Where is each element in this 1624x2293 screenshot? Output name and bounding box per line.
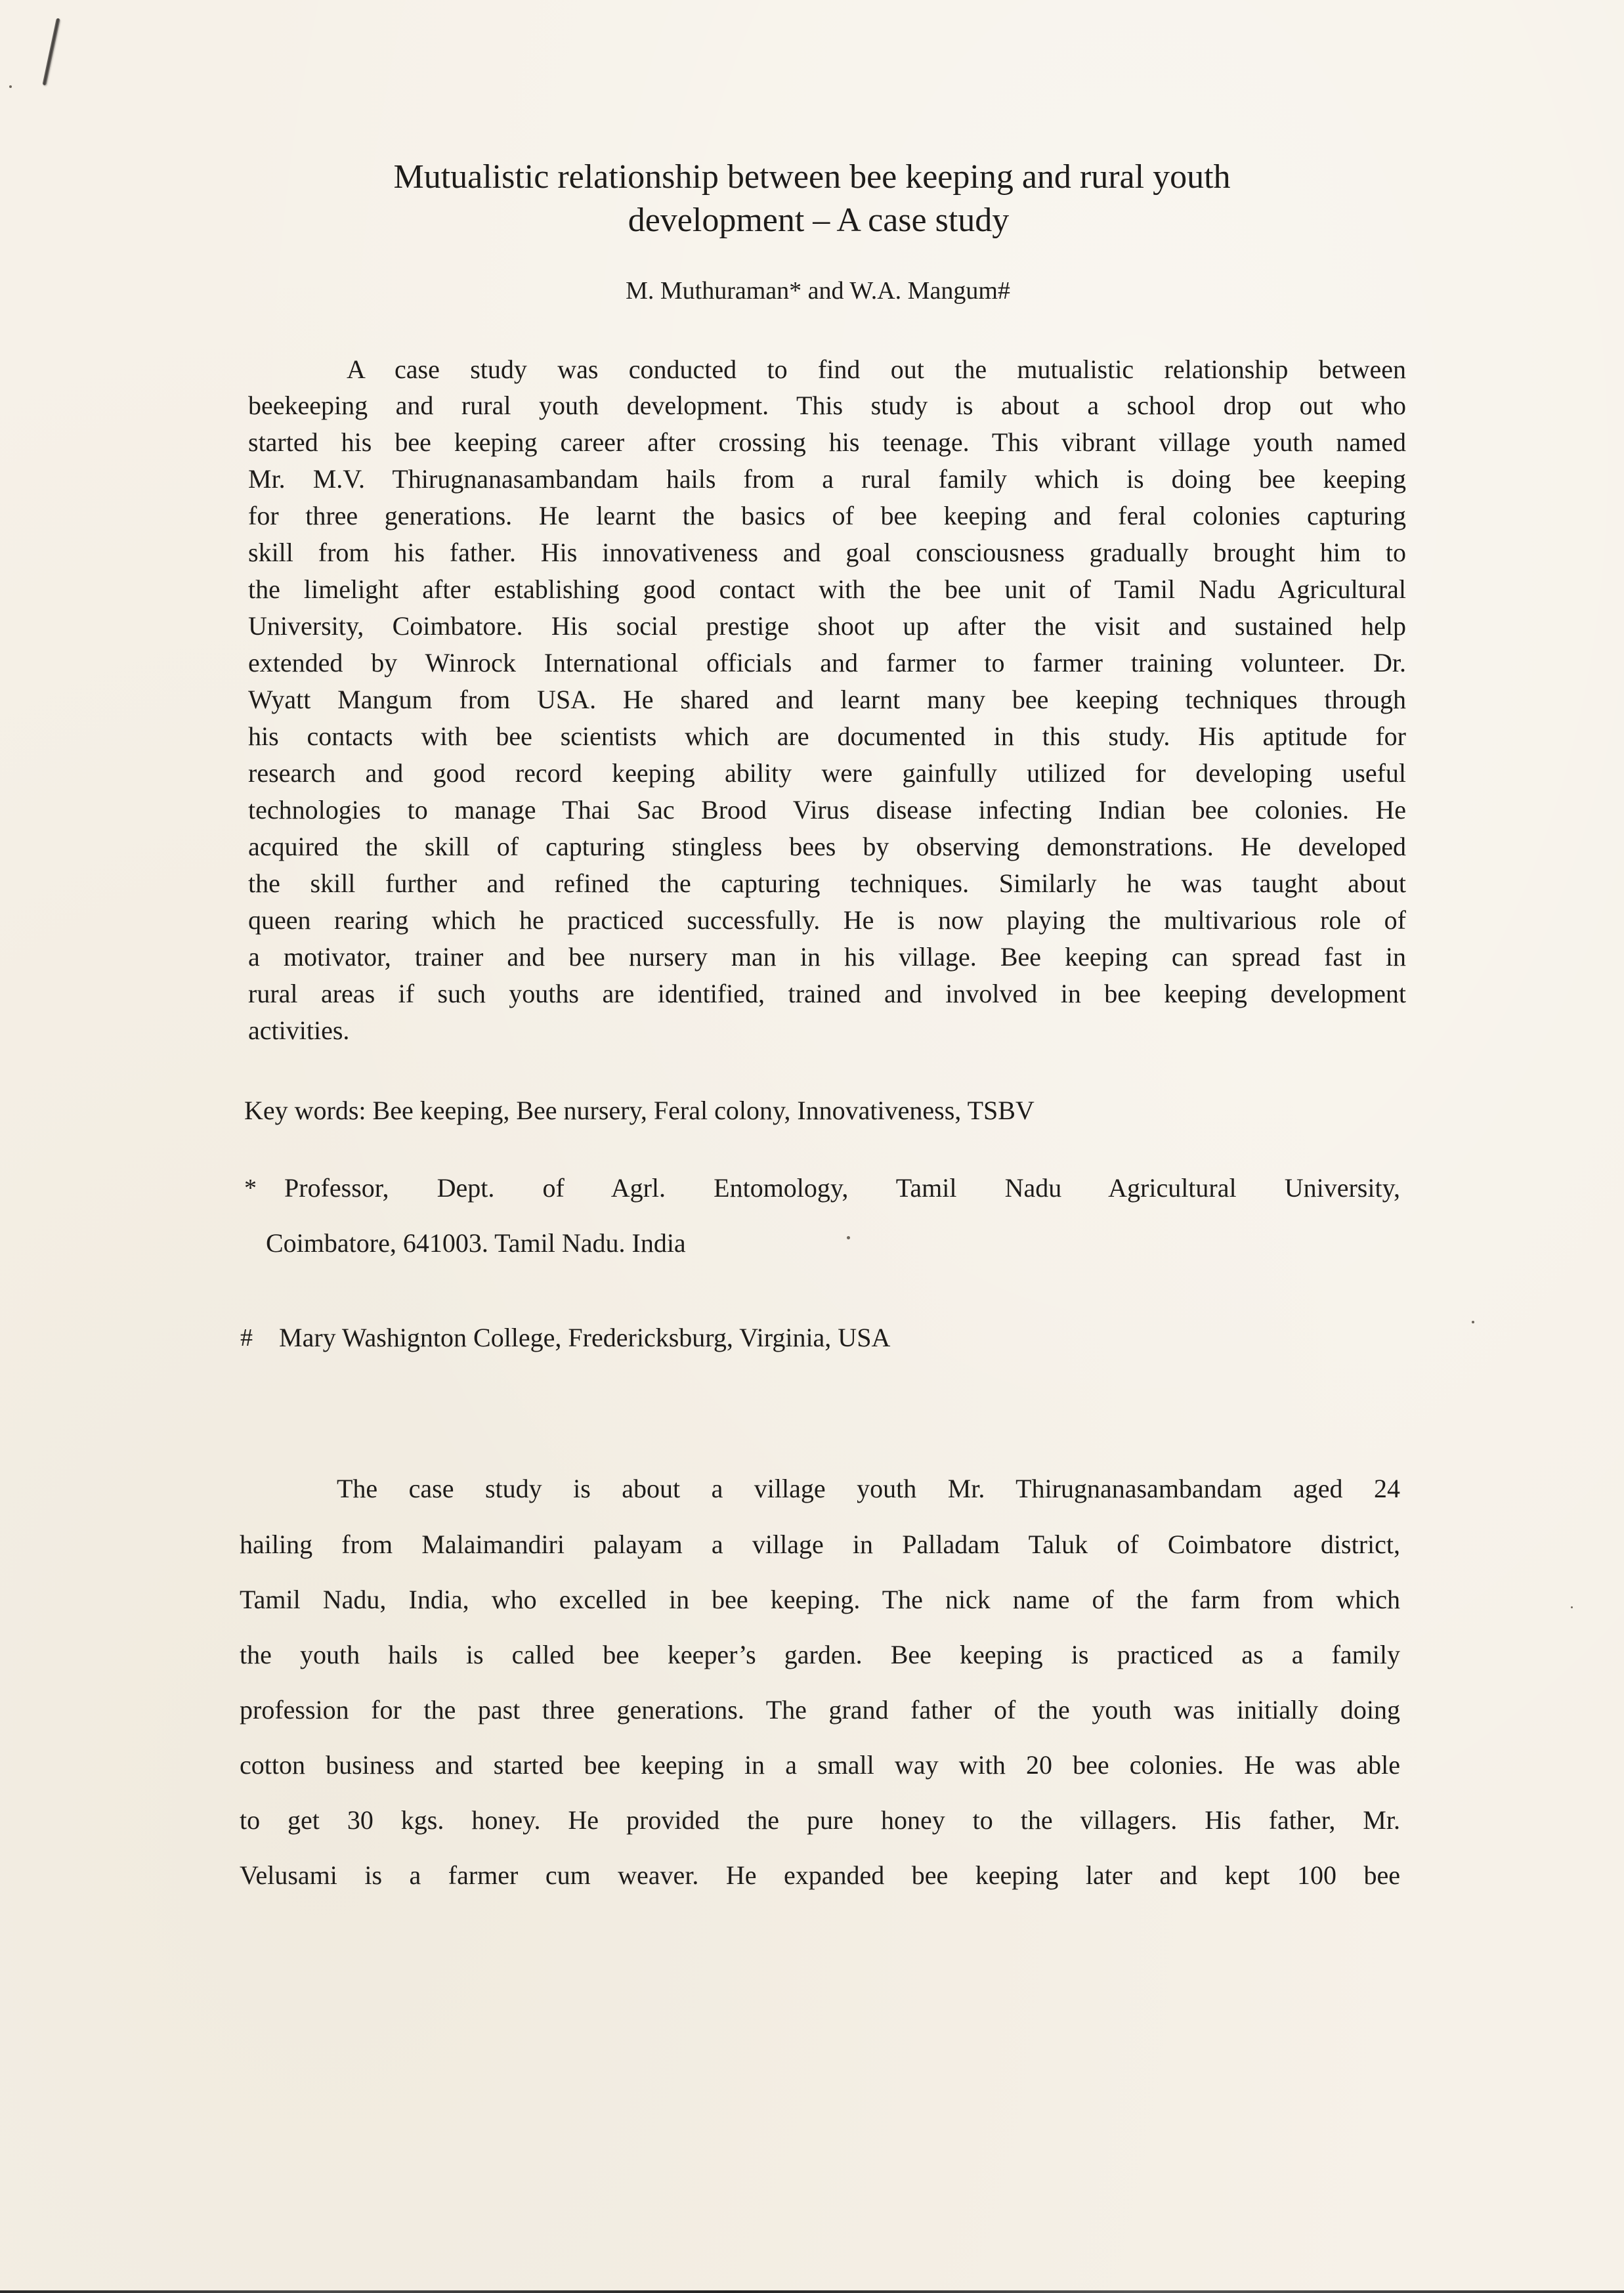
keywords-value: Bee keeping, Bee nursery, Feral colony, … [366,1096,1035,1125]
abstract-line: Mr. M.V. Thirugnanasambandam hails from … [248,463,1406,495]
body-line: Velusami is a farmer cum weaver. He expa… [240,1860,1400,1891]
body-line: Tamil Nadu, India, who excelled in bee k… [240,1584,1400,1616]
keywords-label: Key words: [244,1096,366,1125]
abstract-line: started his bee keeping career after cro… [248,427,1406,458]
body-line: cotton business and started bee keeping … [240,1749,1400,1781]
abstract-line: A case study was conducted to find out t… [347,354,1406,385]
body-line: hailing from Malaimandiri palayam a vill… [240,1529,1400,1560]
paper-title-line-1: Mutualistic relationship between bee kee… [0,158,1624,197]
body-line: The case study is about a village youth … [337,1473,1400,1505]
abstract-line: the skill further and refined the captur… [248,868,1406,899]
body-line: to get 30 kgs. honey. He provided the pu… [240,1805,1400,1836]
footnote-mark-asterisk: * [244,1172,257,1204]
scanned-page: Mutualistic relationship between bee kee… [0,0,1624,2290]
footnote-line: Coimbatore, 641003. Tamil Nadu. India [266,1228,686,1259]
abstract-line: extended by Winrock International offici… [248,647,1406,679]
keywords: Key words: Bee keeping, Bee nursery, Fer… [244,1095,1035,1126]
abstract-line: the limelight after establishing good co… [248,574,1406,605]
abstract-line: activities. [248,1015,1406,1046]
abstract-line: queen rearing which he practiced success… [248,905,1406,936]
abstract-line: beekeeping and rural youth development. … [248,390,1406,421]
footnote-line: Professor, Dept. of Agrl. Entomology, Ta… [284,1172,1400,1204]
abstract-line: acquired the skill of capturing stingles… [248,831,1406,863]
body-line: profession for the past three generation… [240,1694,1400,1726]
footnote-line: Mary Washignton College, Fredericksburg,… [279,1322,890,1354]
abstract-line: research and good record keeping ability… [248,758,1406,789]
footnote-mark-hash: # [240,1322,253,1354]
abstract-line: Wyatt Mangum from USA. He shared and lea… [248,684,1406,716]
scan-speck [1571,1606,1573,1608]
abstract-line: for three generations. He learnt the bas… [248,500,1406,532]
body-line: the youth hails is called bee keeper’s g… [240,1639,1400,1671]
abstract-line: his contacts with bee scientists which a… [248,721,1406,752]
staple-mark [42,18,60,85]
abstract-line: technologies to manage Thai Sac Brood Vi… [248,794,1406,826]
abstract-line: University, Coimbatore. His social prest… [248,611,1406,642]
abstract-line: skill from his father. His innovativenes… [248,537,1406,568]
paper-title-line-2: development – A case study [0,201,1624,240]
scan-speck [9,85,12,88]
abstract-line: a motivator, trainer and bee nursery man… [248,941,1406,973]
scanner-edge [0,2290,1624,2293]
abstract-line: rural areas if such youths are identifie… [248,978,1406,1010]
author-line: M. Muthuraman* and W.A. Mangum# [0,276,1624,306]
scan-speck [847,1236,850,1239]
scan-speck [1472,1321,1474,1323]
